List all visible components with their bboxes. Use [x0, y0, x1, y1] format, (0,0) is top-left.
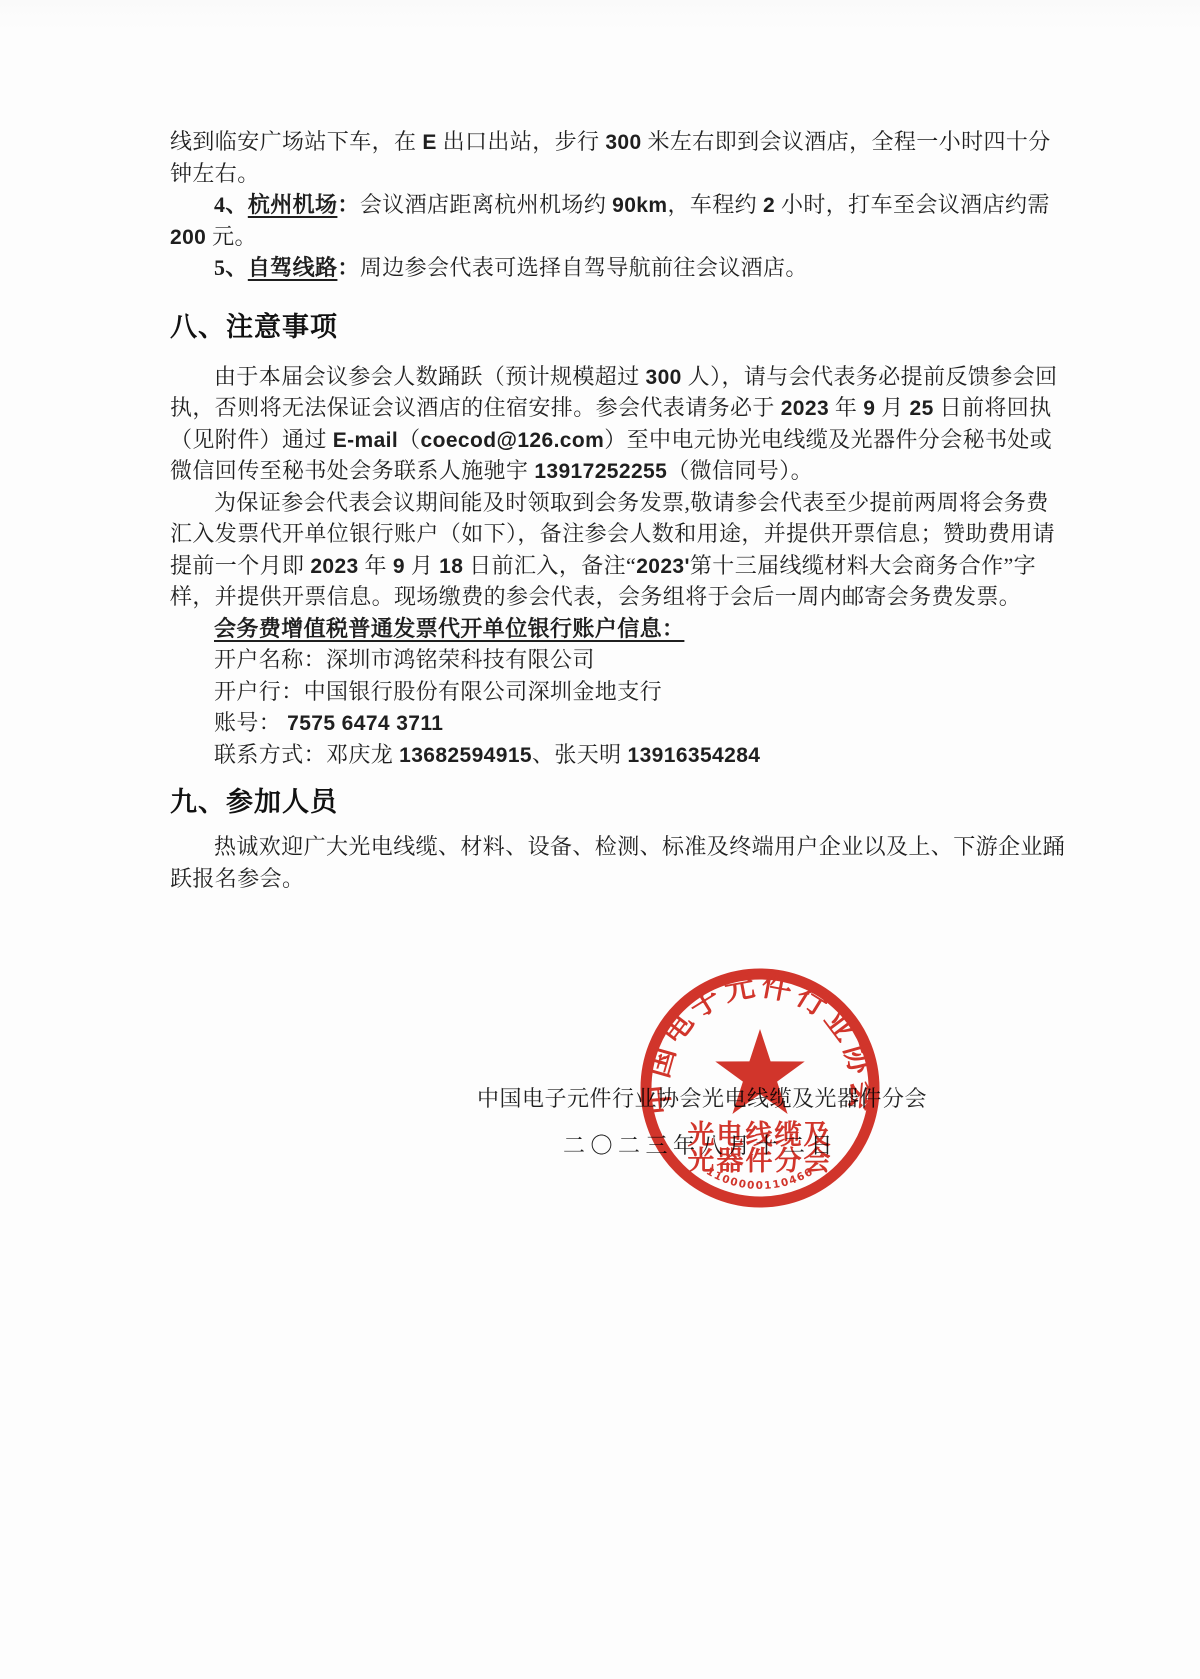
- text-line: 微信回传至秘书处会务联系人施驰宇 13917252255（微信同号）。: [170, 455, 992, 487]
- text-run: 为保证参会代表会议期间能及时领取到会务发票,敬请参会代表至少提前两周将会务费: [214, 490, 1049, 515]
- text-run: 、张天明: [532, 742, 628, 767]
- official-stamp-seal: 中国电子元件行业协会 光电线缆及 光器件分会 1100000110466: [630, 958, 890, 1218]
- section-heading: 八、注意事项: [170, 310, 992, 344]
- text-run: 由于本届会议参会人数踊跃（预计规模超过: [214, 364, 646, 389]
- document-page: 线到临安广场站下车，在 E 出口出站，步行 300 米左右即到会议酒店，全程一小…: [0, 0, 1200, 1679]
- text-run: 90km: [612, 194, 667, 217]
- text-run: 7575 6474 3711: [287, 712, 443, 735]
- star-icon: [715, 1029, 804, 1114]
- text-line: 执，否则将无法保证会议酒店的住宿安排。参会代表请务必于 2023 年 9 月 2…: [170, 392, 992, 424]
- text-line: 5、自驾线路：周边参会代表可选择自驾导航前往会议酒店。: [170, 252, 992, 284]
- document-body: 线到临安广场站下车，在 E 出口出站，步行 300 米左右即到会议酒店，全程一小…: [170, 0, 992, 894]
- text-line: 联系方式：邓庆龙 13682594915、张天明 13916354284: [170, 739, 992, 771]
- text-line: 开户名称：深圳市鸿铭荣科技有限公司: [170, 644, 992, 676]
- text-run: ：: [337, 255, 359, 280]
- text-run: 13682594915: [399, 744, 532, 767]
- text-run: E: [422, 131, 436, 154]
- text-run: 提前一个月即: [170, 553, 310, 578]
- text-run: 13917252255: [534, 460, 667, 483]
- text-run: 线到临安广场站下车，在: [170, 129, 422, 154]
- text-run: ）至中电元协光电线缆及光器件分会秘书处或: [604, 427, 1052, 452]
- text-line: 会务费增值税普通发票代开单位银行账户信息：: [170, 613, 992, 645]
- text-line: 200 元。: [170, 221, 992, 253]
- text-run: coecod@126.com: [421, 429, 605, 452]
- text-line: （见附件）通过 E-mail（coecod@126.com）至中电元协光电线缆及…: [170, 424, 992, 456]
- text-line: 跃报名参会。: [170, 863, 992, 895]
- text-run: 开户行：中国银行股份有限公司深圳金地支行: [214, 679, 662, 704]
- text-line: 由于本届会议参会人数踊跃（预计规模超过 300 人），请与会代表务必提前反馈参会…: [170, 361, 992, 393]
- text-line: 4、杭州机场：会议酒店距离杭州机场约 90km，车程约 2 小时，打车至会议酒店…: [170, 189, 992, 221]
- text-run: 杭州机场: [248, 192, 338, 217]
- text-run: 第十三届线缆材料大会商务合作”字: [690, 553, 1036, 578]
- text-run: 200: [170, 226, 206, 249]
- text-run: 月: [405, 553, 439, 578]
- text-run: 5、: [214, 255, 248, 280]
- text-run: 300: [605, 131, 641, 154]
- text-run: 2023': [636, 555, 690, 578]
- text-run: 样，并提供开票信息。现场缴费的参会代表，会务组将于会后一周内邮寄会务费发票。: [170, 584, 1021, 609]
- text-run: 年: [829, 395, 863, 420]
- text-run: 2023: [781, 397, 829, 420]
- text-run: 自驾线路: [248, 255, 338, 280]
- text-run: 人），请与会代表务必提前反馈参会回: [682, 364, 1058, 389]
- text-run: 9: [393, 555, 405, 578]
- text-run: 执，否则将无法保证会议酒店的住宿安排。参会代表请务必于: [170, 395, 781, 420]
- text-line: 为保证参会代表会议期间能及时领取到会务发票,敬请参会代表至少提前两周将会务费: [170, 487, 992, 519]
- text-line: 提前一个月即 2023 年 9 月 18 日前汇入，备注“2023'第十三届线缆…: [170, 550, 992, 582]
- text-run: 联系方式：邓庆龙: [214, 742, 399, 767]
- text-run: 2: [763, 194, 775, 217]
- text-run: 账号：: [214, 710, 287, 735]
- text-line: 钟左右。: [170, 158, 992, 190]
- text-run: （微信同号）。: [667, 458, 813, 483]
- text-run: 会务费增值税普通发票代开单位银行账户信息：: [214, 616, 684, 641]
- text-run: 元。: [206, 224, 257, 249]
- text-line: 账号： 7575 6474 3711: [170, 707, 992, 739]
- text-run: 日前将回执: [934, 395, 1052, 420]
- text-run: 300: [646, 366, 682, 389]
- text-run: 9: [863, 397, 875, 420]
- text-run: 钟左右。: [170, 161, 260, 186]
- text-run: 会议酒店距离杭州机场约: [360, 192, 612, 217]
- text-run: 米左右即到会议酒店，全程一小时四十分: [642, 129, 1051, 154]
- text-run: 25: [910, 397, 934, 420]
- text-run: 汇入发票代开单位银行账户（如下），备注参会人数和用途，并提供开票信息；赞助费用请: [170, 521, 1055, 546]
- text-run: 年: [359, 553, 393, 578]
- text-run: ，车程约: [667, 192, 763, 217]
- text-run: 小时，打车至会议酒店约需: [775, 192, 1050, 217]
- text-run: 热诚欢迎广大光电线缆、材料、设备、检测、标准及终端用户企业以及上、下游企业踊: [214, 834, 1065, 859]
- text-run: （: [398, 427, 420, 452]
- text-run: 月: [875, 395, 909, 420]
- text-run: 13916354284: [628, 744, 761, 767]
- text-line: 热诚欢迎广大光电线缆、材料、设备、检测、标准及终端用户企业以及上、下游企业踊: [170, 831, 992, 863]
- text-run: 周边参会代表可选择自驾导航前往会议酒店。: [360, 255, 808, 280]
- section-heading: 九、参加人员: [170, 785, 992, 819]
- text-line: 样，并提供开票信息。现场缴费的参会代表，会务组将于会后一周内邮寄会务费发票。: [170, 581, 992, 613]
- text-run: 日前汇入，备注“: [463, 553, 636, 578]
- text-run: ：: [337, 192, 359, 217]
- text-run: 18: [439, 555, 463, 578]
- text-run: 微信回传至秘书处会务联系人施驰宇: [170, 458, 534, 483]
- text-run: 跃报名参会。: [170, 866, 304, 891]
- text-run: 2023: [310, 555, 358, 578]
- text-line: 线到临安广场站下车，在 E 出口出站，步行 300 米左右即到会议酒店，全程一小…: [170, 126, 992, 158]
- text-run: E-mail: [333, 429, 398, 452]
- text-run: 出口出站，步行: [437, 129, 606, 154]
- text-run: 4、: [214, 192, 248, 217]
- text-line: 开户行：中国银行股份有限公司深圳金地支行: [170, 676, 992, 708]
- text-run: 开户名称：深圳市鸿铭荣科技有限公司: [214, 647, 595, 672]
- text-line: 汇入发票代开单位银行账户（如下），备注参会人数和用途，并提供开票信息；赞助费用请: [170, 518, 992, 550]
- text-run: （见附件）通过: [170, 427, 333, 452]
